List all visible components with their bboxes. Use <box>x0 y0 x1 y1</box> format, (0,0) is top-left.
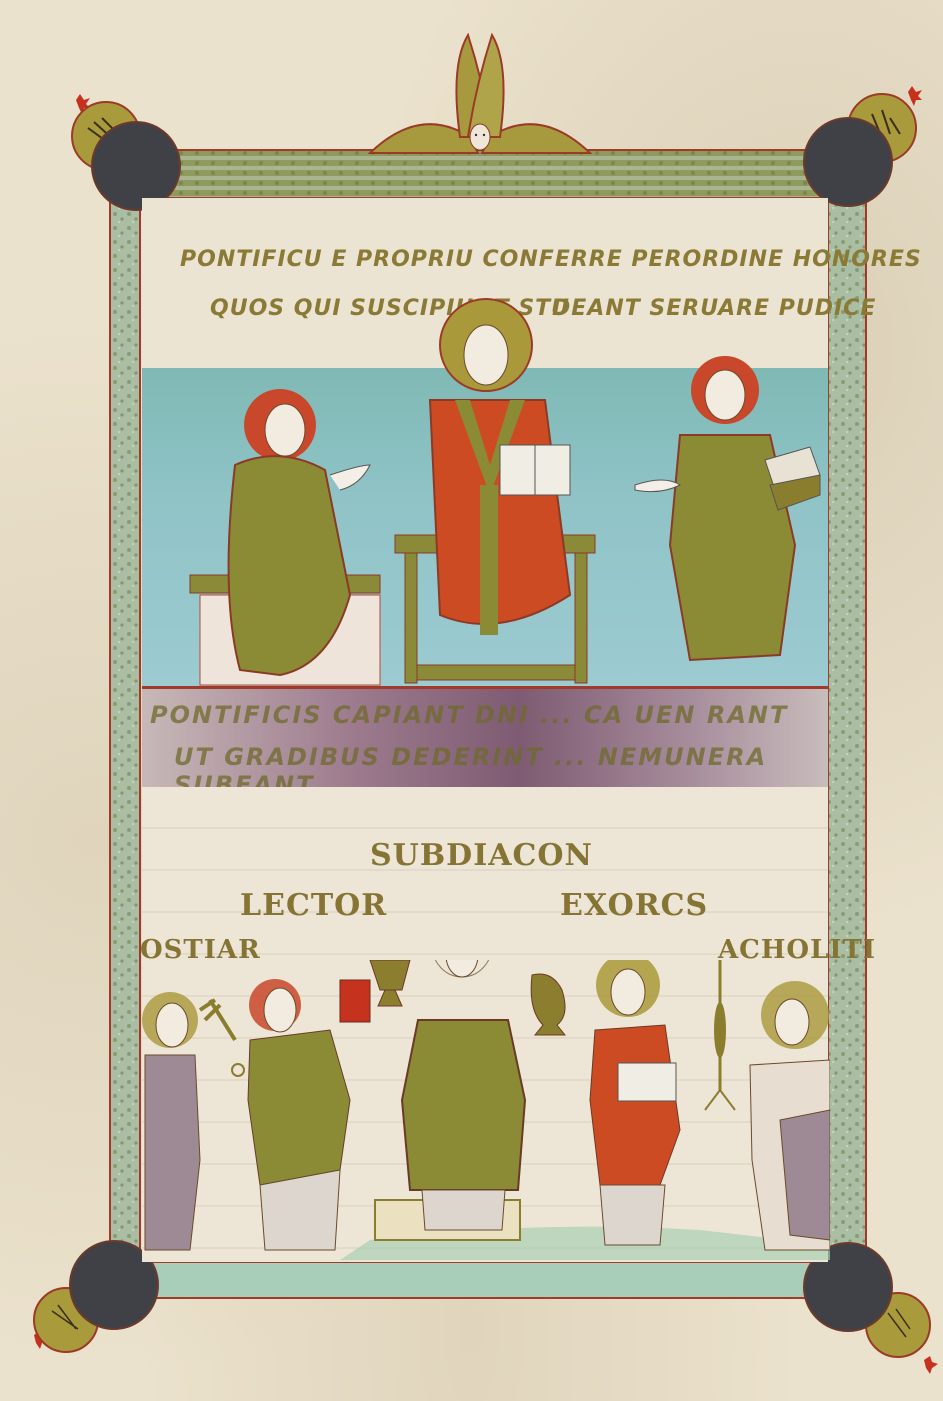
purple-inscription-band: PONTIFICIS CAPIANT DNI ... CA UEN RANT U… <box>142 686 828 790</box>
label-exorcs: EXORCS <box>560 888 708 923</box>
seated-cleric-figure <box>190 389 380 685</box>
ostiarius-figure <box>142 992 244 1250</box>
exorcist-figure <box>590 960 680 1245</box>
label-subdiacon: SUBDIACON <box>370 838 593 873</box>
label-lector: LECTOR <box>240 888 387 923</box>
corner-roundel-top-right <box>790 78 930 218</box>
manuscript-page: PONTIFICU E PROPRIU CONFERRE PERORDINE H… <box>0 0 943 1401</box>
band-line-1: PONTIFICIS CAPIANT DNI ... CA UEN RANT <box>150 701 788 729</box>
winged-seraph-ornament <box>360 25 600 165</box>
standing-deacon-figure <box>635 356 820 660</box>
acolyte-figure <box>705 960 830 1250</box>
upper-register-scene <box>180 295 830 695</box>
lector-figure <box>248 979 370 1250</box>
lower-register-scene <box>140 960 830 1260</box>
enthroned-bishop-figure <box>395 299 595 683</box>
subdeacon-figure <box>370 960 565 1240</box>
verse-line-1: PONTIFICU E PROPRIU CONFERRE PERORDINE H… <box>180 247 922 272</box>
